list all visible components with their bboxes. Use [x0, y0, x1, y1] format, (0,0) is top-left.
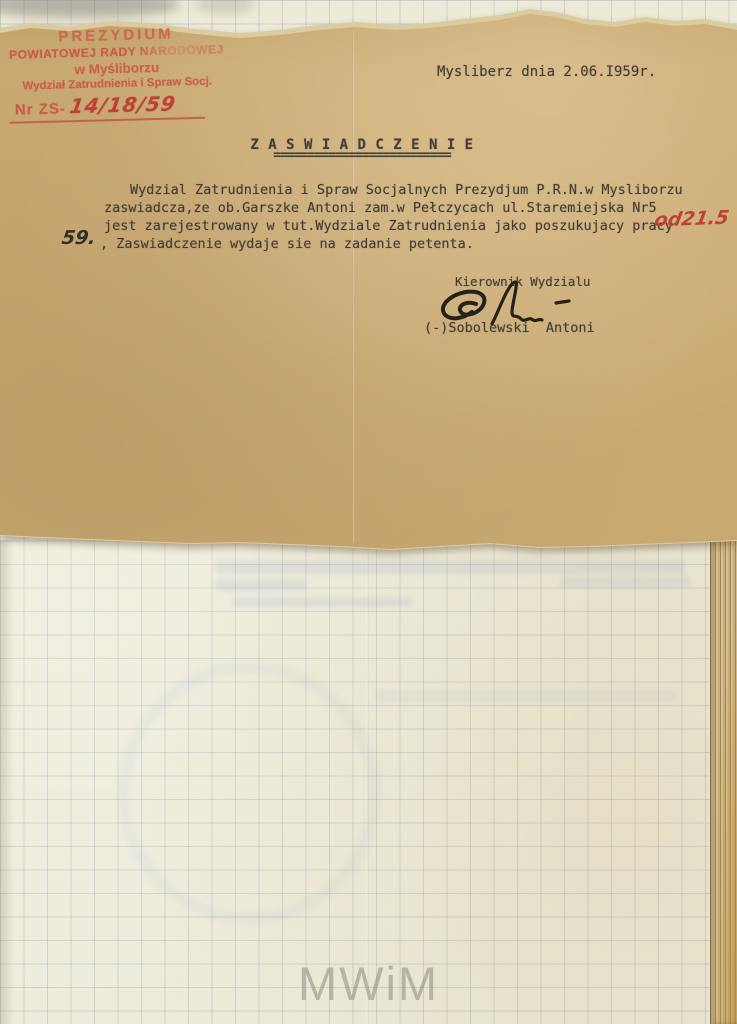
signer-name: (-)Sobolewski Antoni — [424, 320, 595, 336]
handwritten-date-annotation: od21.5 — [653, 207, 731, 232]
stamp-number-label: Nr ZS- — [15, 100, 66, 118]
body-line-4: , Zaswiadczenie wydaje sie na zadanie pe… — [100, 236, 474, 252]
body-line-3: jest zarejestrowany w tut.Wydziale Zatru… — [104, 218, 673, 234]
office-stamp: PREZYDIUM POWIATOWEJ RADY NARODOWEJ w My… — [7, 24, 227, 124]
handwritten-year-annotation: 59. — [60, 227, 97, 249]
stamp-number-handwritten: 14/18/59 — [68, 91, 178, 118]
date-line: Mysliberz dnia 2.06.I959r. — [437, 64, 656, 80]
body-line-2: zaswiadcza,ze ob.Garszke Antoni zam.w Pe… — [104, 200, 657, 216]
document-title-underline: ========================== — [250, 148, 474, 163]
archive-watermark: MWiM — [298, 956, 439, 1011]
body-line-1: Wydzial Zatrudnienia i Spraw Socjalnych … — [130, 182, 683, 198]
stamp-number-row: Nr ZS- 14/18/59 — [9, 90, 228, 120]
certificate-fold-crease — [352, 30, 355, 542]
